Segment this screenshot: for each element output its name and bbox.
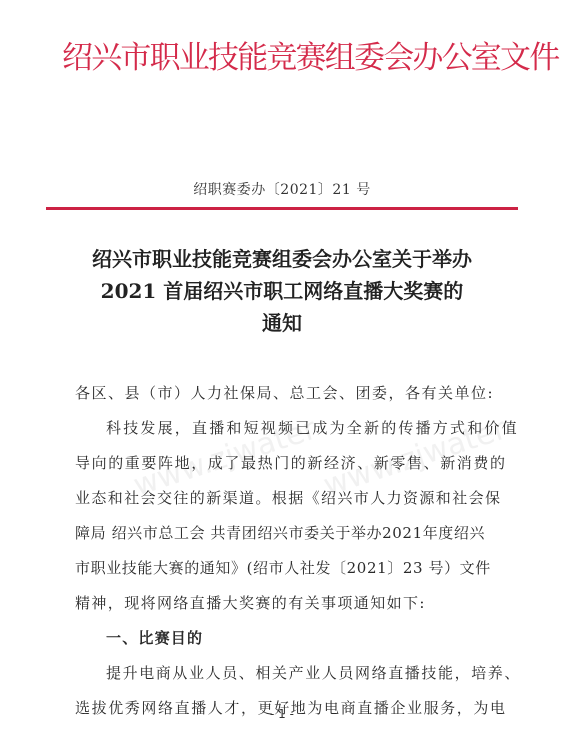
paragraph-line: 障局 绍兴市总工会 共青团绍兴市委关于举办2021年度绍兴 xyxy=(75,516,495,551)
document-title: 绍兴市职业技能竞赛组委会办公室关于举办 2021 首届绍兴市职工网络直播大奖赛的… xyxy=(40,243,524,339)
document-number: 绍职赛委办〔2021〕21 号 xyxy=(0,179,564,199)
paragraph-line: 精神，现将网络直播大奖赛的有关事项通知如下: xyxy=(75,586,495,621)
salutation: 各区、县（市）人力社保局、总工会、团委，各有关单位: xyxy=(75,376,495,411)
issuing-office-header: 绍兴市职业技能竞赛组委会办公室文件 xyxy=(62,38,542,78)
paragraph-line: 市职业技能大赛的通知》(绍市人社发〔2021〕23 号）文件 xyxy=(75,551,495,586)
paragraph-line: 导向的重要阵地，成了最热门的新经济、新零售、新消费的 xyxy=(75,446,495,481)
title-line-2: 2021 首届绍兴市职工网络直播大奖赛的 xyxy=(40,275,524,307)
title-line-1: 绍兴市职业技能竞赛组委会办公室关于举办 xyxy=(40,243,524,275)
page-number: - 1 - xyxy=(0,707,564,721)
document-body: 各区、县（市）人力社保局、总工会、团委，各有关单位: 科技发展，直播和短视频已成… xyxy=(75,376,495,726)
section-heading: 一、比赛目的 xyxy=(75,621,495,656)
paragraph-line: 提升电商从业人员、相关产业人员网络直播技能，培养、 xyxy=(75,656,495,691)
red-separator-line xyxy=(46,207,518,210)
paragraph-line: 科技发展，直播和短视频已成为全新的传播方式和价值 xyxy=(75,411,495,446)
paragraph-line: 业态和社会交往的新渠道。根据《绍兴市人力资源和社会保 xyxy=(75,481,495,516)
title-line-3: 通知 xyxy=(40,307,524,339)
